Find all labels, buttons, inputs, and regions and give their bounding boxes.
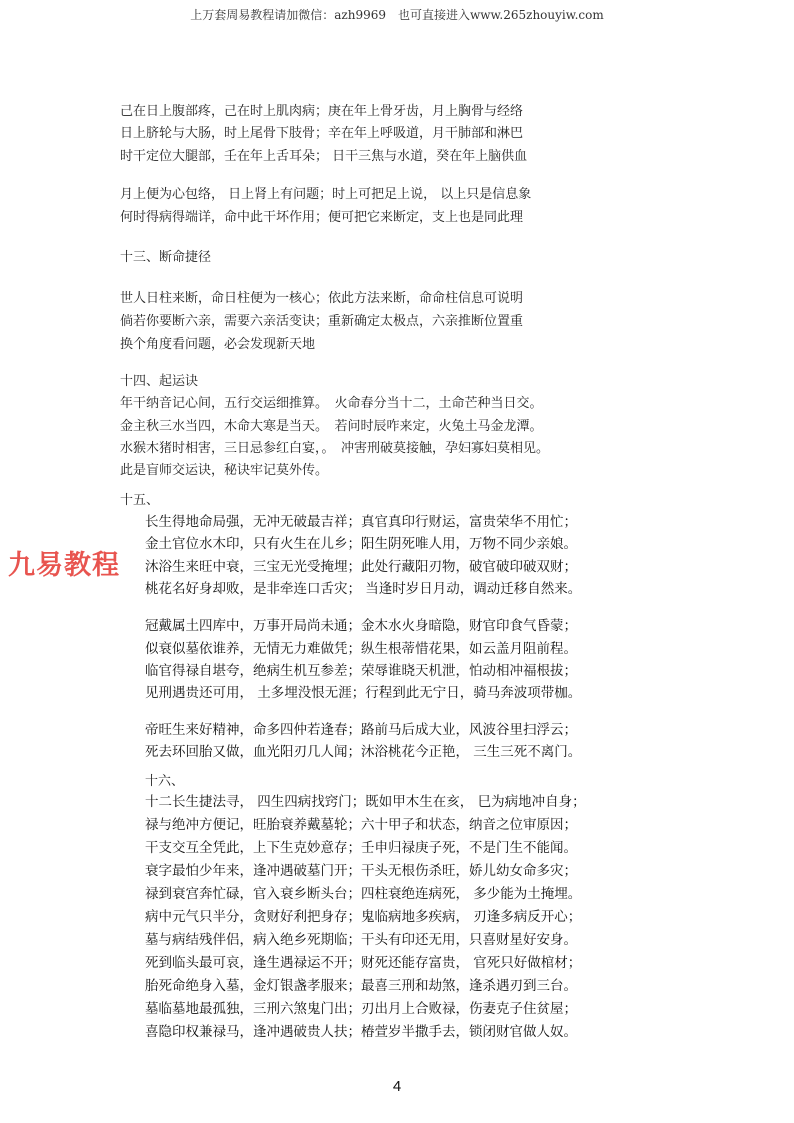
text-line: 倘若你要断六亲，需要六亲活变诀；重新确定太极点，六亲推断位置重 — [120, 310, 523, 329]
section-heading: 十六、 — [145, 770, 184, 789]
text-line: 时干定位大腿部，壬在年上舌耳朵； 日干三焦与水道，癸在年上脑供血 — [120, 145, 527, 164]
page-header-ad: 上万套周易教程请加微信：azh9969 也可直接进入www.265zhouyiw… — [0, 6, 794, 23]
verse-line: 见刑遇贵还可用， 土多埋没恨无涯；行程到此无宁日，骑马奔波项带枷。 — [145, 681, 581, 701]
verse-line: 病中元气只半分，贪财好利把身存；鬼临病地多疾病， 刃逢多病反开心； — [145, 905, 581, 925]
section-heading: 十五、 — [120, 489, 159, 508]
text-line: 世人日柱来断，命日柱便为一核心；依此方法来断，命命柱信息可说明 — [120, 287, 523, 306]
verse-line: 十二长生捷法寻， 四生四病找窍门；既如甲木生在亥， 巳为病地冲自身； — [145, 790, 586, 810]
verse-line: 死到临头最可哀，逢生遇禄运不开；财死还能存富贵， 官死只好做棺材； — [145, 951, 581, 971]
verse-line: 衰字最怕少年来，逢冲遇破墓门开；干头无根伤杀旺，娇儿幼女命多灾； — [145, 859, 577, 879]
page-number: 4 — [0, 1078, 794, 1095]
text-line: 金主秋三水当四，木命大寒是当天。 若问时辰咋来定，火兔土马金龙潭。 — [120, 415, 543, 434]
verse-line: 金土官位水木印，只有火生在儿乡；阳生阴死唯人用，万物不同少亲娘。 — [145, 532, 577, 552]
verse-line: 禄到衰宫奔忙碌，官入衰乡断头台；四柱衰绝连病死， 多少能为土掩埋。 — [145, 882, 581, 902]
text-line: 何时得病得端详，命中此干坏作用；便可把它来断定，支上也是同此理 — [120, 206, 523, 225]
text-line: 月上便为心包络， 日上肾上有问题；时上可把足上说， 以上只是信息象 — [120, 183, 531, 202]
section-heading: 十四、起运诀 — [120, 370, 198, 389]
verse-line: 死去环回胎又做，血光阳刃几人闻；沐浴桃花今正艳， 三生三死不离门。 — [145, 740, 581, 760]
verse-line: 喜隐印权兼禄马，逢冲遇破贵人扶；椿萱岁半撒手去，锁闭财官做人奴。 — [145, 1020, 577, 1040]
verse-line: 临官得禄自堪夸，绝病生机互参差；荣辱谁晓天机泄，怕动相冲福根拔； — [145, 659, 577, 679]
text-line: 此是盲师交运诀，秘诀牢记莫外传。 — [120, 459, 328, 478]
verse-line: 似衰似墓依谁养，无情无力难做凭；纵生根蒂惜花果，如云盖月阻前程。 — [145, 637, 577, 657]
text-line: 水猴木猪时相害，三日忌参红白宴，。 冲害刑破莫接触，孕妇寡妇莫相见。 — [120, 437, 549, 456]
verse-line: 帝旺生来好精神，命多四仲若逢春；路前马后成大业，风波谷里扫浮云； — [145, 718, 577, 738]
text-line: 日上脐轮与大肠，时上尾骨下肢骨；辛在年上呼吸道，月干肺部和淋巴 — [120, 122, 523, 141]
verse-line: 墓临墓地最孤独，三刑六煞鬼门出；刃出月上合败禄，伤妻克子住贫屋； — [145, 997, 577, 1017]
text-line: 己在日上腹部疼，己在时上肌肉病；庚在年上骨牙齿，月上胸骨与经络 — [120, 100, 523, 119]
verse-line: 干支交互全凭此，上下生克妙意存；壬申归禄庚子死，不是门生不能闻。 — [145, 836, 577, 856]
watermark-logo: 九易教程 — [8, 543, 120, 582]
verse-line: 沐浴生来旺中衰，三宝无光受掩埋；此处行藏阳刃物，破官破印破双财； — [145, 555, 577, 575]
section-heading: 十三、断命捷径 — [120, 246, 211, 265]
text-line: 年干纳音记心间，五行交运细推算。 火命春分当十二，土命芒种当日交。 — [120, 392, 543, 411]
verse-line: 桃花名好身却败，是非牵连口舌灾； 当逢时岁日月动，调动迁移自然来。 — [145, 577, 581, 597]
verse-line: 墓与病结残伴侣，病入绝乡死期临；干头有印还无用，只喜财星好安身。 — [145, 928, 577, 948]
text-line: 换个角度看问题，必会发现新天地 — [120, 333, 315, 352]
verse-line: 长生得地命局强，无冲无破最吉祥；真官真印行财运，富贵荣华不用忙； — [145, 510, 577, 530]
verse-line: 胎死命绝身入墓，金灯银盏孝服来；最喜三刑和劫煞，逢杀遇刃到三台。 — [145, 974, 577, 994]
verse-line: 禄与绝冲方便记，旺胎衰养戴墓轮；六十甲子和状态，纳音之位审原因； — [145, 813, 577, 833]
verse-line: 冠戴属土四库中，万事开局尚未通；金木水火身暗隐，财官印食气昏蒙； — [145, 614, 577, 634]
